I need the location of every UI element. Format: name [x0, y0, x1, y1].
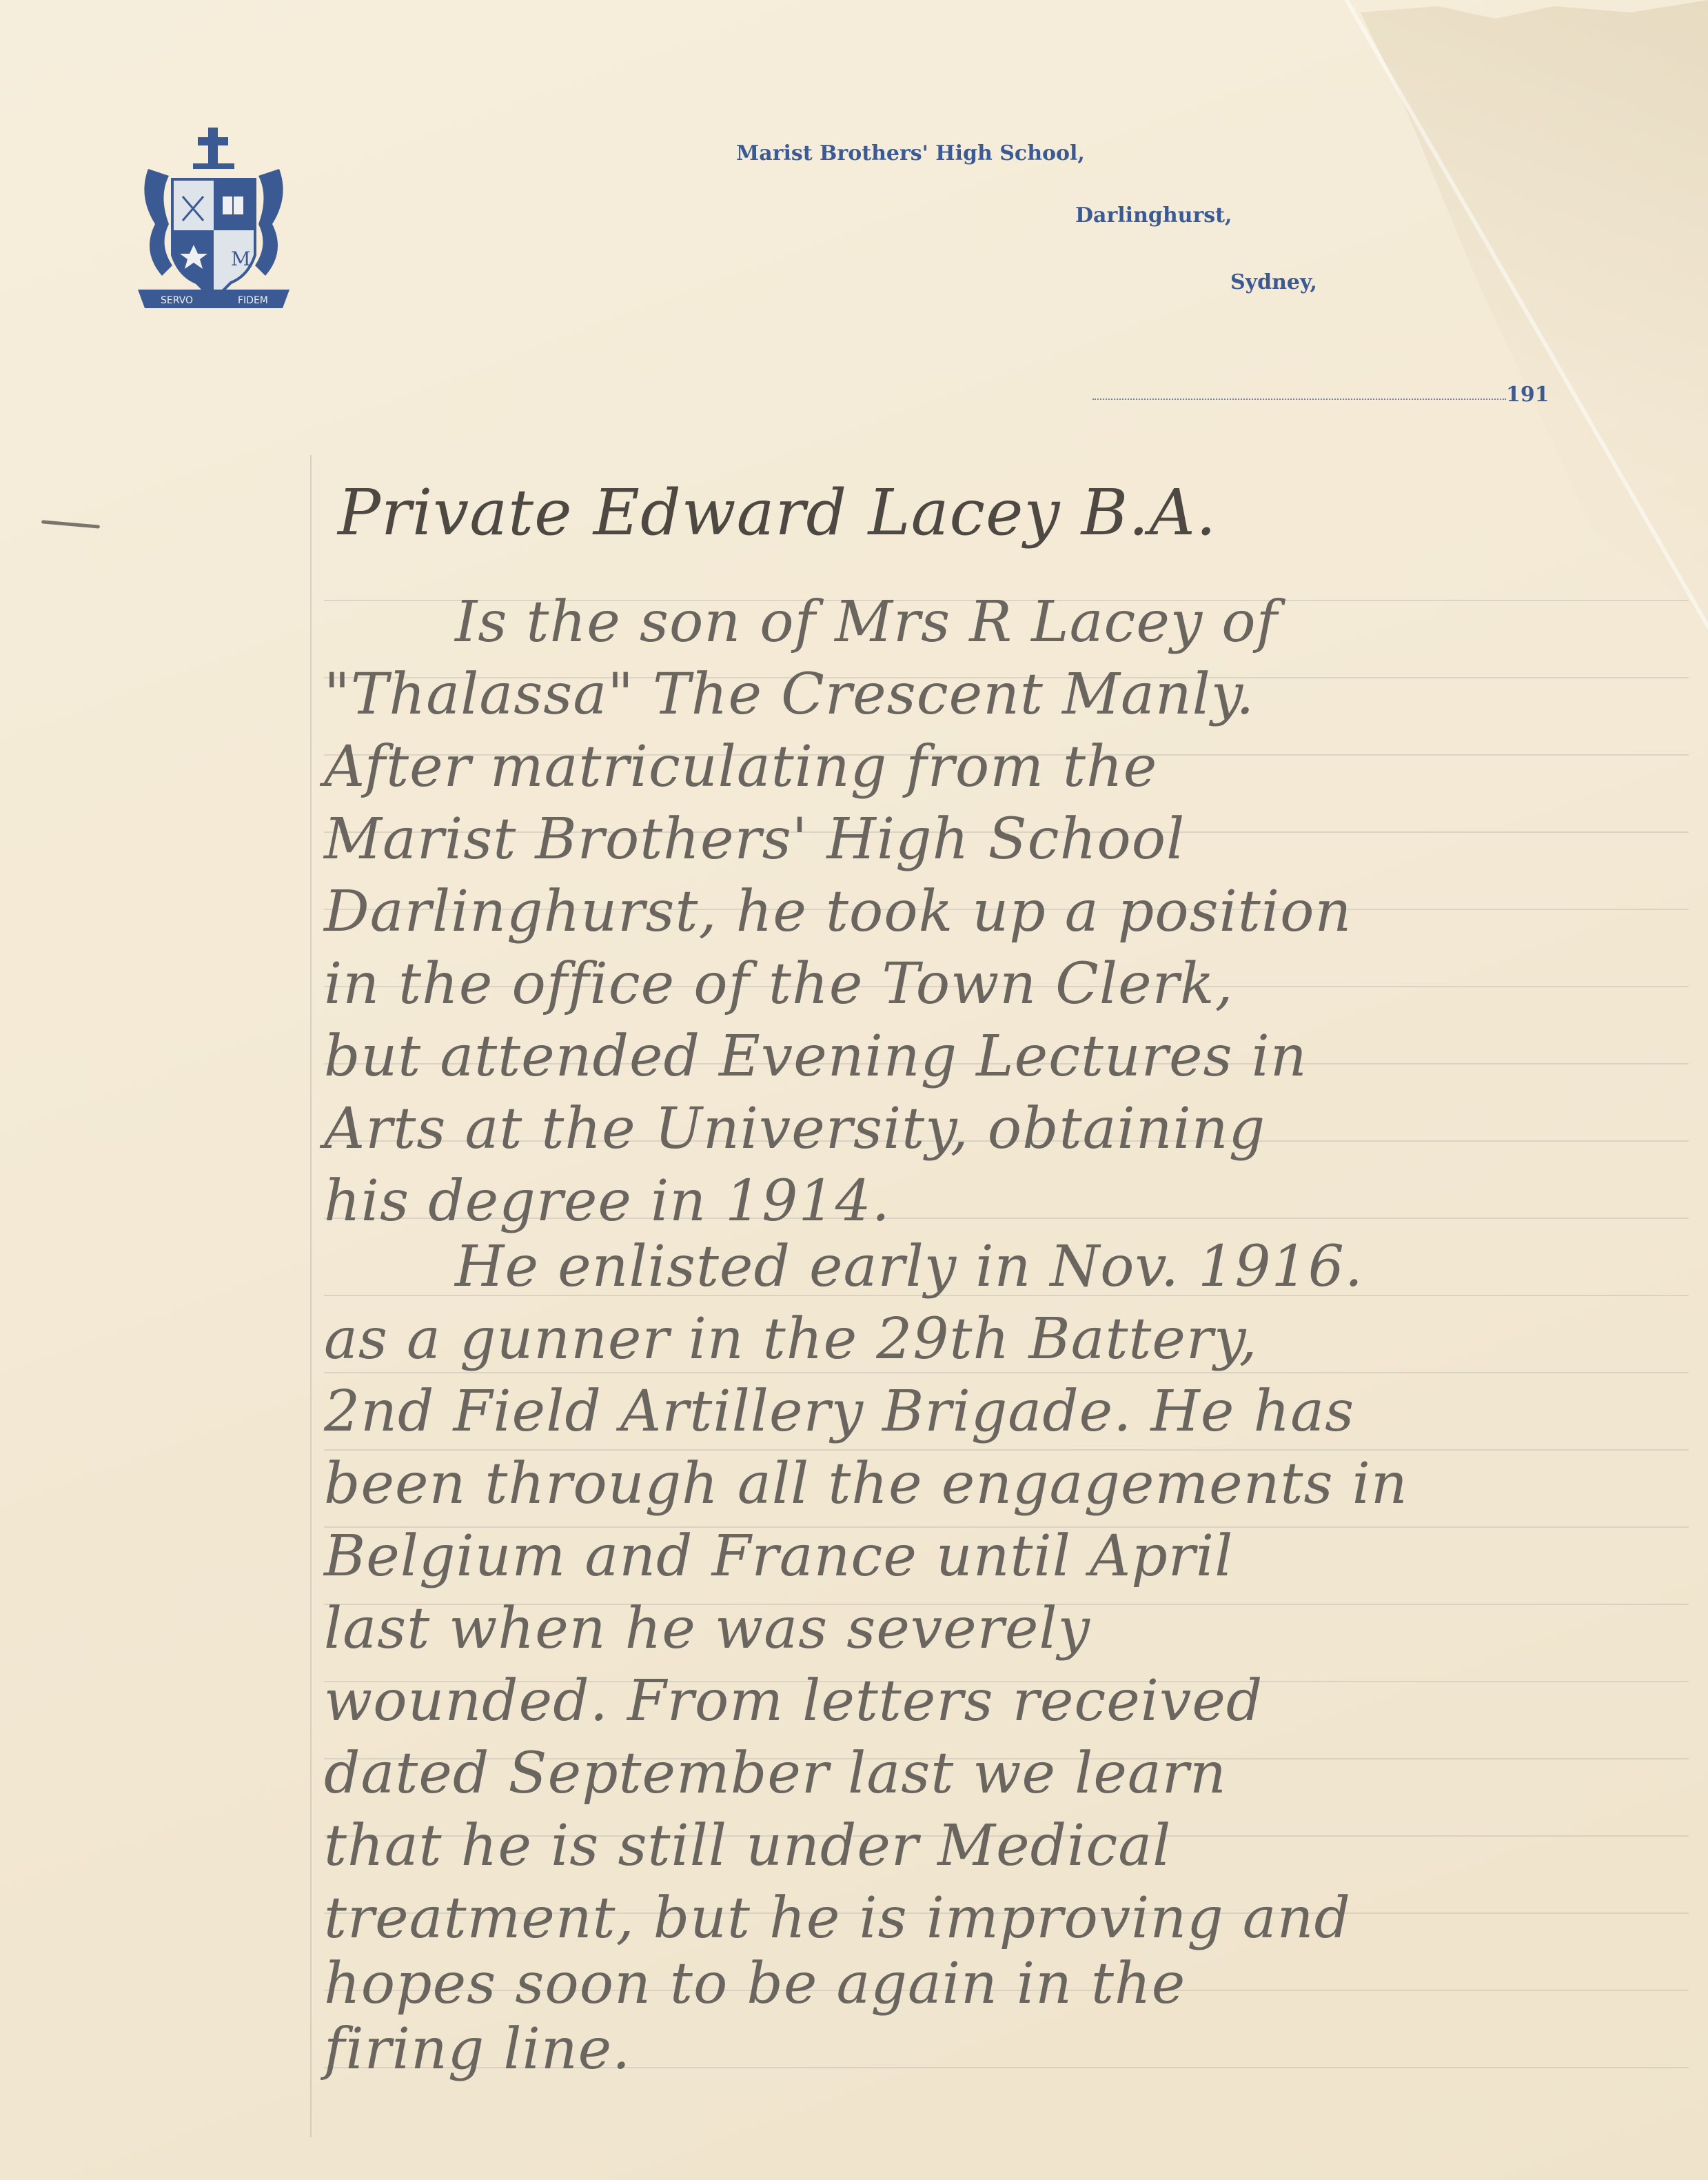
letter-page: M SERVO FIDEM Marist Brothers' High Scho…: [0, 0, 1708, 2180]
letter-line: his degree in 1914.: [324, 1169, 891, 1234]
svg-text:SERVO: SERVO: [161, 295, 193, 306]
letter-line: dated September last we learn: [324, 1741, 1227, 1806]
letter-line: firing line.: [324, 2017, 631, 2082]
letter-line: last when he was severely: [324, 1596, 1090, 1662]
svg-text:M: M: [231, 248, 251, 270]
letter-line: hopes soon to be again in the: [324, 1951, 1186, 2017]
letter-line: wounded. From letters received: [324, 1668, 1263, 1734]
letter-line: treatment, but he is improving and: [324, 1886, 1351, 1951]
ink-mark: [41, 520, 100, 528]
school-name: Marist Brothers' High School,: [736, 141, 1085, 165]
letter-line: in the office of the Town Clerk,: [324, 951, 1234, 1017]
letter-line: Arts at the University, obtaining: [324, 1096, 1265, 1162]
letter-line: but attended Evening Lectures in: [324, 1024, 1308, 1089]
margin-rule: [310, 455, 312, 2137]
letter-line: been through all the engagements in: [324, 1451, 1408, 1517]
letter-line: as a gunner in the 29th Battery,: [324, 1306, 1258, 1372]
letter-line: He enlisted early in Nov. 1916.: [455, 1234, 1363, 1300]
letter-heading: Private Edward Lacey B.A.: [338, 476, 1217, 549]
date-fill-line: [1092, 398, 1506, 400]
letter-line: 2nd Field Artillery Brigade. He has: [324, 1379, 1354, 1444]
letter-line: After matriculating from the: [324, 734, 1157, 800]
letter-line: Belgium and France until April: [324, 1524, 1233, 1589]
school-suburb: Darlinghurst,: [1075, 203, 1232, 228]
school-crest-icon: M SERVO FIDEM: [134, 128, 293, 321]
date-year-prefix: 191: [1506, 383, 1549, 407]
school-city: Sydney,: [1230, 270, 1317, 294]
letter-line: "Thalassa" The Crescent Manly.: [324, 662, 1254, 727]
svg-text:FIDEM: FIDEM: [238, 295, 268, 306]
letter-line: Is the son of Mrs R Lacey of: [455, 589, 1278, 655]
letter-line: Marist Brothers' High School: [324, 807, 1185, 872]
letter-line: Darlinghurst, he took up a position: [324, 879, 1352, 945]
letter-line: that he is still under Medical: [324, 1813, 1171, 1879]
